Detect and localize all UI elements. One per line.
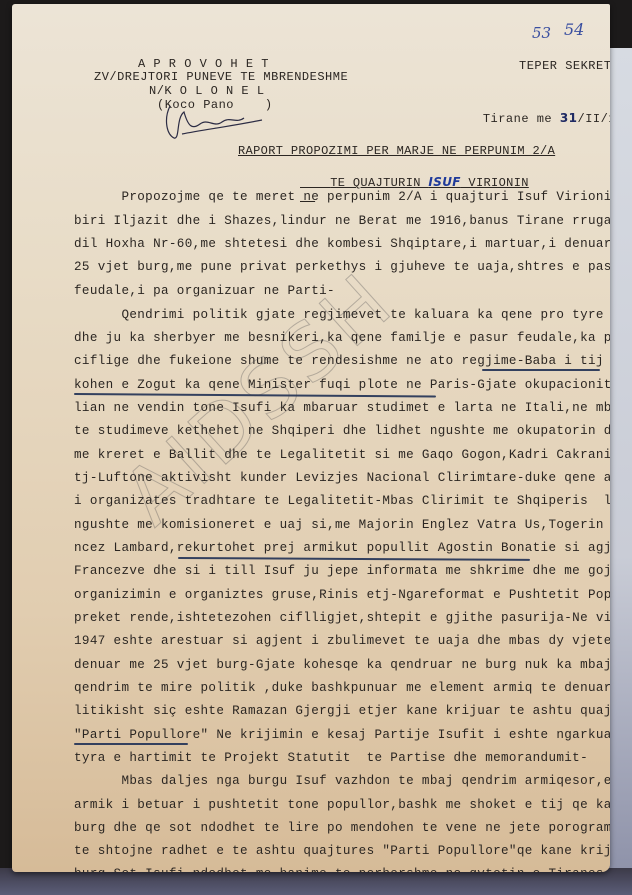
body-line: burg-Sot Isufi ndodhet me banime te perh… [74,867,610,872]
body-line: "Parti Popullore" Ne krijimin e kesaj Pa… [74,728,610,742]
body-line: litikisht siç eshte Ramazan Gjergji etje… [74,704,610,718]
ink-underline [482,369,600,371]
body-line: Mbas daljes nga burgu Isuf vazhdon te mb… [74,774,610,788]
report-title-line-1: RAPORT PROPOZIMI PER MARJE NE PERPUNIM 2… [238,144,555,158]
ink-underline [74,743,188,745]
place-date-prefix: Tirane me [483,112,560,126]
classification-label: TEPER SEKRET [519,59,610,73]
background-bottom [0,868,632,895]
place-date: Tirane me 31/II/1964 [452,97,610,140]
date-day-handwritten: 31 [560,111,578,125]
approval-line-1: A P R O V O H E T [138,57,269,71]
body-line: te shtojne radhet e te ashtu quajtures "… [74,844,610,858]
body-line: 1947 eshte arestuar si agjent i zbulimev… [74,634,610,648]
body-line: qendrim te mire politik ,duke bashkpunua… [74,681,610,695]
page-number-handwritten: 53 [532,24,551,42]
body-line: dil Hoxha Nr-60,me shtetesi dhe kombesi … [74,237,610,251]
title-prefix: TE QUAJTURIN [330,176,428,190]
body-line: feudale,i pa organizuar ne Parti- [74,284,335,298]
body-line: Propozojme qe te meret ne perpunim 2/A i… [74,190,610,204]
body-line: burg dhe qe sot ndodhet te lire po mendo… [74,821,610,835]
ink-underline [178,557,530,560]
title-name-handwritten: ISUF [428,175,460,189]
body-line: organizimin e organiztes gruse,Rinis etj… [74,588,610,602]
signature-icon [162,104,272,144]
body-line: lian ne vendin tone Isufi ka mbaruar stu… [74,401,610,415]
approval-line-3: N/K O L O N E L [149,84,265,98]
page-number-handwritten-alt: 54 [564,20,584,39]
body-line: armik i betuar i pushtetit tone popullor… [74,798,610,812]
place-date-suffix: /II/1964 [578,112,610,126]
body-line: ncez Lambard,rekurtohet prej armikut pop… [74,541,610,555]
approval-line-2: ZV/DREJTORI PUNEVE TE MBRENDESHME [94,70,348,84]
body-line: Francezve dhe si i till Isuf ju jepe inf… [74,564,610,578]
body-line: tyra e hartimit te Projekt Statutit te P… [74,751,588,765]
background-right [608,48,632,895]
body-line: preket rende,ishtetezohen ciflligjet,sht… [74,611,610,625]
body-line: biri Iljazit dhe i Shazes,lindur ne Bera… [74,214,610,228]
body-line: denuar me 25 vjet burg-Gjate kohesqe ka … [74,658,610,672]
title-suffix: VIRIONIN [461,176,529,190]
document-page: 53 54 A P R O V O H E T ZV/DREJTORI PUNE… [12,4,610,872]
